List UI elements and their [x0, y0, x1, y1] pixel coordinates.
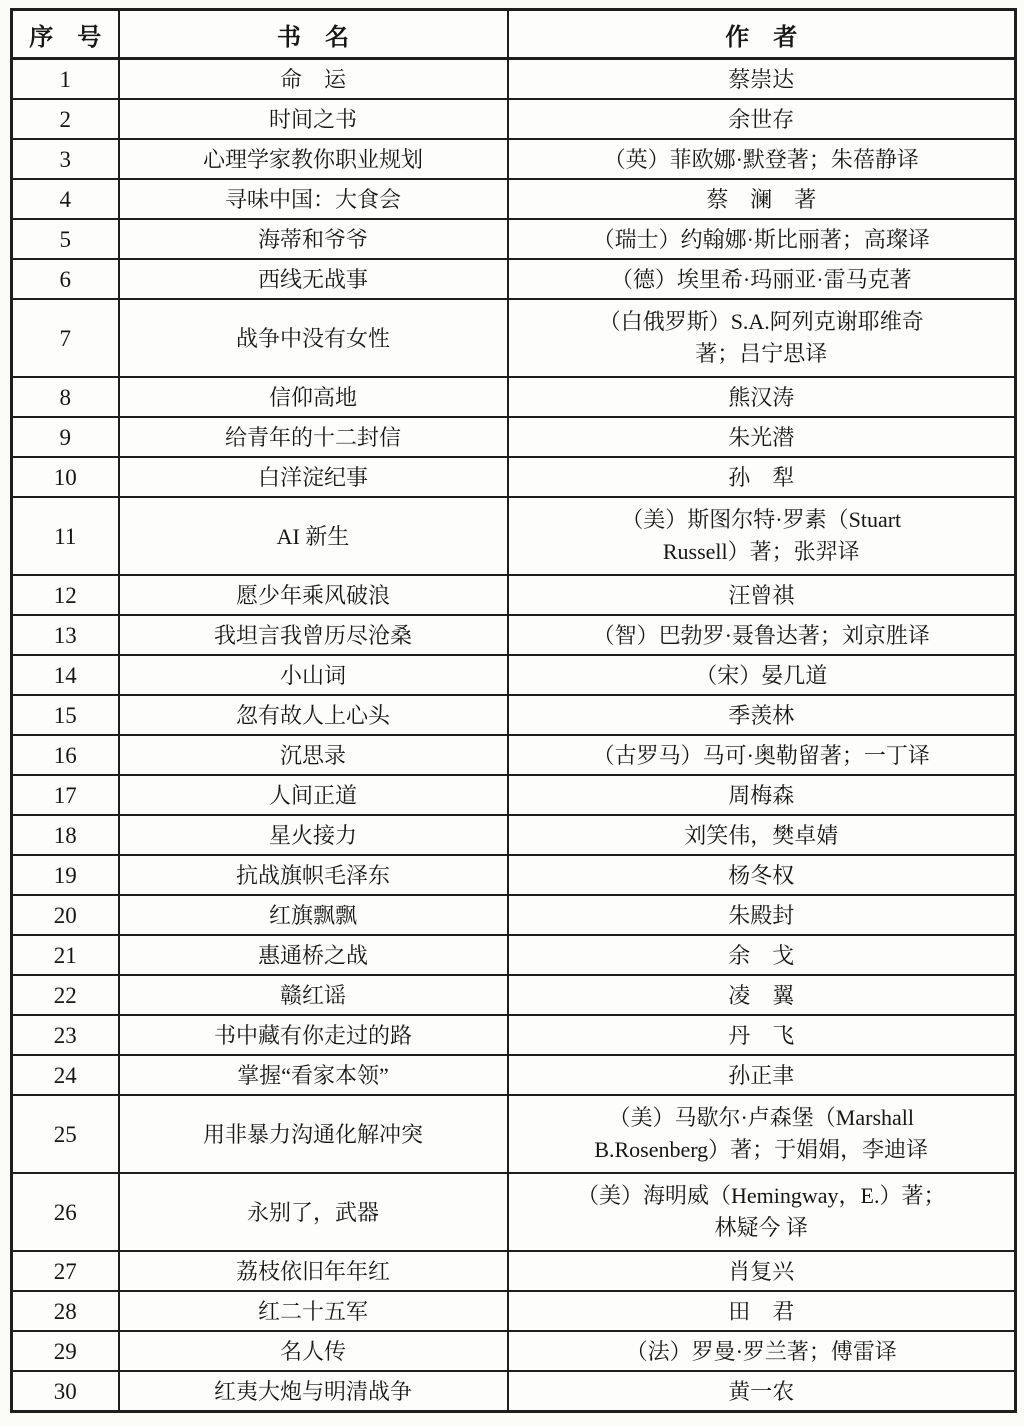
- table-row: 6西线无战事（德）埃里希·玛丽亚·雷马克著: [12, 259, 1016, 299]
- book-title-cell: 战争中没有女性: [119, 299, 508, 377]
- serial-number-cell: 1: [12, 59, 119, 100]
- serial-number-cell: 16: [12, 735, 119, 775]
- table-row: 18星火接力刘笑伟，樊卓婧: [12, 815, 1016, 855]
- book-list-table: 序 号 书 名 作 者 1命 运蔡崇达2时间之书余世存3心理学家教你职业规划（英…: [10, 8, 1017, 1413]
- book-title-cell: 红旗飘飘: [119, 895, 508, 935]
- serial-number-cell: 28: [12, 1291, 119, 1331]
- serial-number-cell: 10: [12, 457, 119, 497]
- author-cell: 朱殿封: [508, 895, 1016, 935]
- author-cell: 孙正聿: [508, 1055, 1016, 1095]
- table-row: 28红二十五军田 君: [12, 1291, 1016, 1331]
- table-row: 29名人传（法）罗曼·罗兰著；傅雷译: [12, 1331, 1016, 1371]
- author-cell: 余 戈: [508, 935, 1016, 975]
- author-cell: 刘笑伟，樊卓婧: [508, 815, 1016, 855]
- author-cell: （智）巴勃罗·聂鲁达著；刘京胜译: [508, 615, 1016, 655]
- book-title-cell: 时间之书: [119, 99, 508, 139]
- author-cell: 杨冬权: [508, 855, 1016, 895]
- serial-number-cell: 17: [12, 775, 119, 815]
- serial-number-cell: 26: [12, 1173, 119, 1251]
- table-row: 13我坦言我曾历尽沧桑（智）巴勃罗·聂鲁达著；刘京胜译: [12, 615, 1016, 655]
- table-row: 16沉思录（古罗马）马可·奥勒留著；一丁译: [12, 735, 1016, 775]
- author-cell: （美）斯图尔特·罗素（StuartRussell）著；张羿译: [508, 497, 1016, 575]
- table-row: 11AI 新生（美）斯图尔特·罗素（StuartRussell）著；张羿译: [12, 497, 1016, 575]
- serial-number-cell: 23: [12, 1015, 119, 1055]
- serial-number-cell: 24: [12, 1055, 119, 1095]
- author-cell: 季羡林: [508, 695, 1016, 735]
- table-row: 24掌握“看家本领”孙正聿: [12, 1055, 1016, 1095]
- book-title-cell: 星火接力: [119, 815, 508, 855]
- author-cell: 肖复兴: [508, 1251, 1016, 1291]
- author-cell-line: Russell）著；张羿译: [517, 536, 1007, 568]
- author-cell: 周梅森: [508, 775, 1016, 815]
- table-row: 12愿少年乘风破浪汪曾祺: [12, 575, 1016, 615]
- author-cell-line: B.Rosenberg）著；于娟娟，李迪译: [517, 1134, 1007, 1166]
- author-cell: 蔡 澜 著: [508, 179, 1016, 219]
- book-title-cell: 信仰高地: [119, 377, 508, 417]
- author-cell: （宋）晏几道: [508, 655, 1016, 695]
- author-cell: 蔡崇达: [508, 59, 1016, 100]
- book-title-cell: 心理学家教你职业规划: [119, 139, 508, 179]
- book-title-cell: 人间正道: [119, 775, 508, 815]
- author-cell: 朱光潜: [508, 417, 1016, 457]
- table-row: 20红旗飘飘朱殿封: [12, 895, 1016, 935]
- author-cell-line: （美）马歇尔·卢森堡（Marshall: [517, 1102, 1007, 1134]
- book-title-cell: 我坦言我曾历尽沧桑: [119, 615, 508, 655]
- serial-number-cell: 21: [12, 935, 119, 975]
- table-row: 10白洋淀纪事孙 犁: [12, 457, 1016, 497]
- table-row: 26永别了，武器（美）海明威（Hemingway，E.）著；林疑今 译: [12, 1173, 1016, 1251]
- header-book-title: 书 名: [119, 10, 508, 59]
- table-row: 1命 运蔡崇达: [12, 59, 1016, 100]
- table-row: 15忽有故人上心头季羡林: [12, 695, 1016, 735]
- book-title-cell: 沉思录: [119, 735, 508, 775]
- table-row: 30红夷大炮与明清战争黄一农: [12, 1371, 1016, 1412]
- book-title-cell: 惠通桥之战: [119, 935, 508, 975]
- serial-number-cell: 22: [12, 975, 119, 1015]
- header-row: 序 号 书 名 作 者: [12, 10, 1016, 59]
- table-row: 2时间之书余世存: [12, 99, 1016, 139]
- author-cell: 熊汉涛: [508, 377, 1016, 417]
- book-title-cell: 忽有故人上心头: [119, 695, 508, 735]
- serial-number-cell: 15: [12, 695, 119, 735]
- author-cell: 汪曾祺: [508, 575, 1016, 615]
- table-row: 19抗战旗帜毛泽东杨冬权: [12, 855, 1016, 895]
- book-title-cell: 掌握“看家本领”: [119, 1055, 508, 1095]
- header-serial-number: 序 号: [12, 10, 119, 59]
- table-body: 1命 运蔡崇达2时间之书余世存3心理学家教你职业规划（英）菲欧娜·默登著；朱蓓静…: [12, 59, 1016, 1412]
- author-cell: （古罗马）马可·奥勒留著；一丁译: [508, 735, 1016, 775]
- serial-number-cell: 9: [12, 417, 119, 457]
- serial-number-cell: 8: [12, 377, 119, 417]
- book-title-cell: 愿少年乘风破浪: [119, 575, 508, 615]
- serial-number-cell: 6: [12, 259, 119, 299]
- book-title-cell: 海蒂和爷爷: [119, 219, 508, 259]
- serial-number-cell: 25: [12, 1095, 119, 1173]
- table-row: 27荔枝依旧年年红肖复兴: [12, 1251, 1016, 1291]
- author-cell: （白俄罗斯）S.A.阿列克谢耶维奇著；吕宁思译: [508, 299, 1016, 377]
- scanned-page: 序 号 书 名 作 者 1命 运蔡崇达2时间之书余世存3心理学家教你职业规划（英…: [0, 0, 1024, 1426]
- book-title-cell: 西线无战事: [119, 259, 508, 299]
- author-cell: （法）罗曼·罗兰著；傅雷译: [508, 1331, 1016, 1371]
- author-cell: （瑞士）约翰娜·斯比丽著；高璨译: [508, 219, 1016, 259]
- author-cell: （美）马歇尔·卢森堡（MarshallB.Rosenberg）著；于娟娟，李迪译: [508, 1095, 1016, 1173]
- table-row: 8信仰高地熊汉涛: [12, 377, 1016, 417]
- table-row: 4寻味中国：大食会蔡 澜 著: [12, 179, 1016, 219]
- author-cell: （德）埃里希·玛丽亚·雷马克著: [508, 259, 1016, 299]
- table-row: 21惠通桥之战余 戈: [12, 935, 1016, 975]
- author-cell: （美）海明威（Hemingway，E.）著；林疑今 译: [508, 1173, 1016, 1251]
- table-row: 9给青年的十二封信朱光潜: [12, 417, 1016, 457]
- author-cell-line: （美）海明威（Hemingway，E.）著；: [517, 1180, 1007, 1212]
- author-cell-line: （白俄罗斯）S.A.阿列克谢耶维奇: [517, 306, 1007, 338]
- table-row: 7战争中没有女性（白俄罗斯）S.A.阿列克谢耶维奇著；吕宁思译: [12, 299, 1016, 377]
- book-title-cell: 命 运: [119, 59, 508, 100]
- author-cell: 丹 飞: [508, 1015, 1016, 1055]
- author-cell-line: （美）斯图尔特·罗素（Stuart: [517, 504, 1007, 536]
- serial-number-cell: 5: [12, 219, 119, 259]
- table-row: 17人间正道周梅森: [12, 775, 1016, 815]
- header-author: 作 者: [508, 10, 1016, 59]
- book-title-cell: 永别了，武器: [119, 1173, 508, 1251]
- table-row: 23书中藏有你走过的路丹 飞: [12, 1015, 1016, 1055]
- serial-number-cell: 13: [12, 615, 119, 655]
- serial-number-cell: 29: [12, 1331, 119, 1371]
- book-title-cell: 红夷大炮与明清战争: [119, 1371, 508, 1412]
- author-cell: 黄一农: [508, 1371, 1016, 1412]
- table-row: 5海蒂和爷爷（瑞士）约翰娜·斯比丽著；高璨译: [12, 219, 1016, 259]
- serial-number-cell: 14: [12, 655, 119, 695]
- author-cell: 田 君: [508, 1291, 1016, 1331]
- book-title-cell: 小山词: [119, 655, 508, 695]
- serial-number-cell: 27: [12, 1251, 119, 1291]
- book-title-cell: 白洋淀纪事: [119, 457, 508, 497]
- author-cell: （英）菲欧娜·默登著；朱蓓静译: [508, 139, 1016, 179]
- serial-number-cell: 11: [12, 497, 119, 575]
- author-cell-line: 林疑今 译: [517, 1212, 1007, 1244]
- table-row: 3心理学家教你职业规划（英）菲欧娜·默登著；朱蓓静译: [12, 139, 1016, 179]
- author-cell: 凌 翼: [508, 975, 1016, 1015]
- book-title-cell: 寻味中国：大食会: [119, 179, 508, 219]
- table-row: 25用非暴力沟通化解冲突（美）马歇尔·卢森堡（MarshallB.Rosenbe…: [12, 1095, 1016, 1173]
- serial-number-cell: 12: [12, 575, 119, 615]
- table-row: 22赣红谣凌 翼: [12, 975, 1016, 1015]
- serial-number-cell: 19: [12, 855, 119, 895]
- serial-number-cell: 20: [12, 895, 119, 935]
- author-cell: 余世存: [508, 99, 1016, 139]
- book-title-cell: 红二十五军: [119, 1291, 508, 1331]
- serial-number-cell: 7: [12, 299, 119, 377]
- table-header: 序 号 书 名 作 者: [12, 10, 1016, 59]
- serial-number-cell: 2: [12, 99, 119, 139]
- author-cell: 孙 犁: [508, 457, 1016, 497]
- book-title-cell: 给青年的十二封信: [119, 417, 508, 457]
- book-title-cell: AI 新生: [119, 497, 508, 575]
- book-title-cell: 用非暴力沟通化解冲突: [119, 1095, 508, 1173]
- book-title-cell: 抗战旗帜毛泽东: [119, 855, 508, 895]
- author-cell-line: 著；吕宁思译: [517, 338, 1007, 370]
- book-title-cell: 书中藏有你走过的路: [119, 1015, 508, 1055]
- book-title-cell: 赣红谣: [119, 975, 508, 1015]
- book-title-cell: 名人传: [119, 1331, 508, 1371]
- serial-number-cell: 30: [12, 1371, 119, 1412]
- serial-number-cell: 3: [12, 139, 119, 179]
- serial-number-cell: 18: [12, 815, 119, 855]
- serial-number-cell: 4: [12, 179, 119, 219]
- book-title-cell: 荔枝依旧年年红: [119, 1251, 508, 1291]
- table-row: 14小山词（宋）晏几道: [12, 655, 1016, 695]
